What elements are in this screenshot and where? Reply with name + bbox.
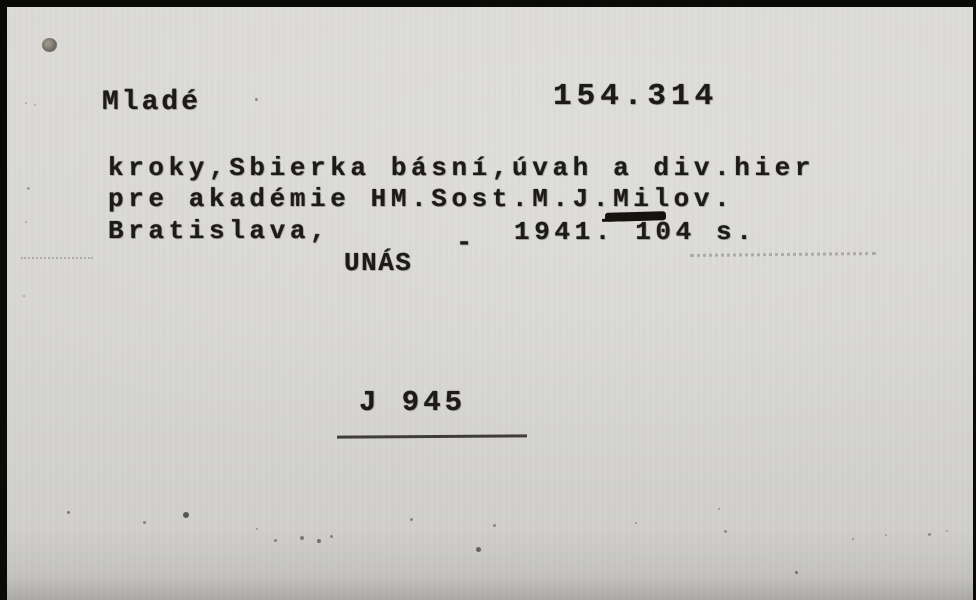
speckle (885, 534, 887, 536)
imprint-dash: - (456, 229, 472, 259)
speckle (67, 511, 70, 514)
speckle (635, 522, 637, 524)
speckle (795, 571, 798, 574)
speckle (410, 518, 413, 521)
speckle (493, 524, 496, 527)
call-number: 154.314 (553, 79, 718, 114)
speckle (143, 521, 146, 524)
ink-blot-bar (605, 211, 666, 222)
shelf-mark: J 945 (359, 386, 466, 419)
credits-line-post: lov. (653, 184, 734, 214)
speckle (256, 528, 258, 530)
credits-line-pre: pre akadémie HM.Sost.M.J. (108, 184, 613, 214)
faint-dotted-line-right (690, 252, 876, 257)
shelf-mark-underline (337, 434, 527, 438)
faint-dotted-line-left (21, 257, 93, 259)
speckle (476, 547, 481, 552)
imprint-city: Bratislava, (108, 216, 330, 246)
speckle (946, 530, 948, 532)
speckle (330, 535, 333, 538)
imprint-year-pages: 1941. 104 s. (514, 217, 756, 247)
speckle (34, 104, 36, 106)
speckle (23, 295, 25, 297)
ink-stain (42, 38, 57, 52)
publisher-insert: UNÁS (344, 248, 412, 278)
speckle (718, 508, 720, 510)
speckle (300, 536, 304, 540)
speckle (852, 538, 854, 540)
speckle (928, 533, 931, 536)
credits-line: pre akadémie HM.Sost.M.J.Milov. (108, 184, 734, 214)
speckle (255, 98, 258, 101)
speckle (183, 512, 189, 518)
speckle (317, 539, 321, 543)
author-heading: Mladé (102, 87, 201, 118)
title-line: kroky,Sbierka básní,úvah a div.hier (108, 153, 815, 183)
speckle (274, 539, 277, 542)
catalog-card: Mladé 154.314 kroky,Sbierka básní,úvah a… (7, 7, 973, 600)
speckle (27, 187, 30, 190)
speckle (25, 221, 27, 223)
speckle (724, 530, 727, 533)
speckle (25, 102, 27, 104)
